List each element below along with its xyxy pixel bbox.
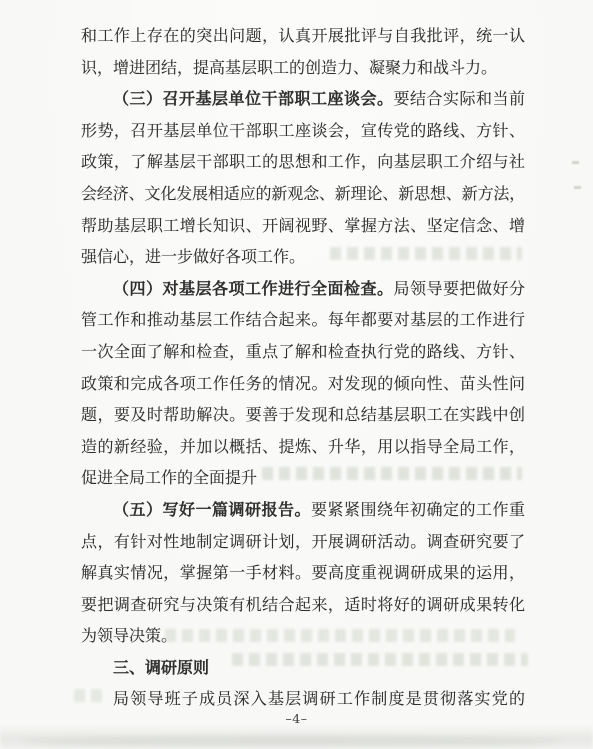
text-segment: 点，有针对性地制定调研计划，开展调研活动。调查研究要了	[81, 532, 525, 551]
text-line: 造的新经验，并加以概括、提炼、升华，用以指导全局工作，	[81, 431, 525, 463]
text-line: （三）召开基层单位干部职工座谈会。要结合实际和当前	[81, 83, 525, 115]
text-segment: 政策和完成各项工作任务的情况。对发现的倾向性、苗头性问	[81, 374, 525, 393]
text-segment: 帮助基层职工增长知识、开阔视野、掌握方法、坚定信念、增	[81, 216, 525, 235]
text-segment: 要把调查研究与决策有机结合起来，适时将好的调研成果转化	[81, 595, 525, 614]
text-segment: 局领导班子成员深入基层调研工作制度是贯彻落实党的	[113, 689, 525, 708]
bold-segment: （三）召开基层单位干部职工座谈会。	[113, 89, 393, 108]
scan-artifact-bleedthrough-5	[74, 689, 106, 702]
text-line: （四）对基层各项工作进行全面检查。局领导要把做好分	[81, 273, 525, 305]
text-line: 题，要及时帮助解决。要善于发现和总结基层职工在实践中创	[81, 399, 525, 431]
text-line: 管工作和推动基层工作结合起来。每年都要对基层的工作进行	[81, 304, 525, 336]
text-segment: 和工作上存在的突出问题，认真开展批评与自我批评，统一认	[81, 26, 525, 45]
text-segment: 要结合实际和当前	[393, 89, 525, 108]
bold-segment: （五）写好一篇调研报告。	[113, 500, 311, 519]
text-segment: 局领导要把做好分	[393, 279, 525, 298]
text-segment: 管工作和推动基层工作结合起来。每年都要对基层的工作进行	[81, 310, 525, 329]
text-line: 一次全面了解和检查，重点了解和检查执行党的路线、方针、	[81, 336, 525, 368]
text-segment: 题，要及时帮助解决。要善于发现和总结基层职工在实践中创	[81, 405, 525, 424]
text-line: 点，有针对性地制定调研计划，开展调研活动。调查研究要了	[81, 526, 525, 558]
scan-artifact-bleedthrough-2	[262, 467, 522, 480]
scan-shadow-streak	[20, 737, 563, 746]
text-segment: 为领导决策。	[81, 626, 177, 645]
scan-artifact-bleedthrough-3	[165, 629, 515, 642]
text-line: 形势，召开基层单位干部职工座谈会，宣传党的路线、方针、	[81, 115, 525, 147]
bold-segment: （四）对基层各项工作进行全面检查。	[113, 279, 393, 298]
text-segment: 促进全局工作的全面提升	[81, 468, 257, 487]
scan-artifact-bleedthrough-4	[232, 653, 528, 666]
scan-artifact-bleedthrough-1	[330, 247, 522, 260]
bold-segment: 三、调研原则	[113, 658, 209, 677]
scanned-document-page: 和工作上存在的突出问题，认真开展批评与自我批评，统一认识，增进团结，提高基层职工…	[0, 0, 593, 749]
text-line: 和工作上存在的突出问题，认真开展批评与自我批评，统一认	[81, 20, 525, 52]
scan-artifact-edge-mark-1	[572, 161, 579, 164]
text-line: 要把调查研究与决策有机结合起来，适时将好的调研成果转化	[81, 589, 525, 621]
text-segment: 一次全面了解和检查，重点了解和检查执行党的路线、方针、	[81, 342, 525, 361]
text-segment: 识，增进团结，提高基层职工的创造力、凝聚力和战斗力。	[81, 58, 497, 77]
text-segment: 政策，了解基层干部职工的思想和工作，向基层职工介绍与社	[81, 152, 525, 171]
text-line: 政策，了解基层干部职工的思想和工作，向基层职工介绍与社	[81, 146, 525, 178]
text-segment: 形势，召开基层单位干部职工座谈会，宣传党的路线、方针、	[81, 121, 525, 140]
text-segment: 造的新经验，并加以概括、提炼、升华，用以指导全局工作，	[81, 437, 525, 456]
text-line: （五）写好一篇调研报告。要紧紧围绕年初确定的工作重	[81, 494, 525, 526]
text-line: 会经济、文化发展相适应的新观念、新理论、新思想、新方法，	[81, 178, 525, 210]
text-segment: 要紧紧围绕年初确定的工作重	[311, 500, 525, 519]
text-line: 政策和完成各项工作任务的情况。对发现的倾向性、苗头性问	[81, 368, 525, 400]
text-segment: 强信心，进一步做好各项工作。	[81, 247, 305, 266]
text-segment: 会经济、文化发展相适应的新观念、新理论、新思想、新方法，	[81, 184, 525, 203]
text-line: 帮助基层职工增长知识、开阔视野、掌握方法、坚定信念、增	[81, 210, 525, 242]
text-segment: 解真实情况，掌握第一手材料。要高度重视调研成果的运用，	[81, 563, 525, 582]
text-line: 识，增进团结，提高基层职工的创造力、凝聚力和战斗力。	[81, 52, 525, 84]
page-number: –4–	[0, 711, 593, 726]
text-line: 解真实情况，掌握第一手材料。要高度重视调研成果的运用，	[81, 557, 525, 589]
scan-artifact-edge-mark-2	[574, 186, 581, 189]
document-body: 和工作上存在的突出问题，认真开展批评与自我批评，统一认识，增进团结，提高基层职工…	[81, 20, 525, 715]
